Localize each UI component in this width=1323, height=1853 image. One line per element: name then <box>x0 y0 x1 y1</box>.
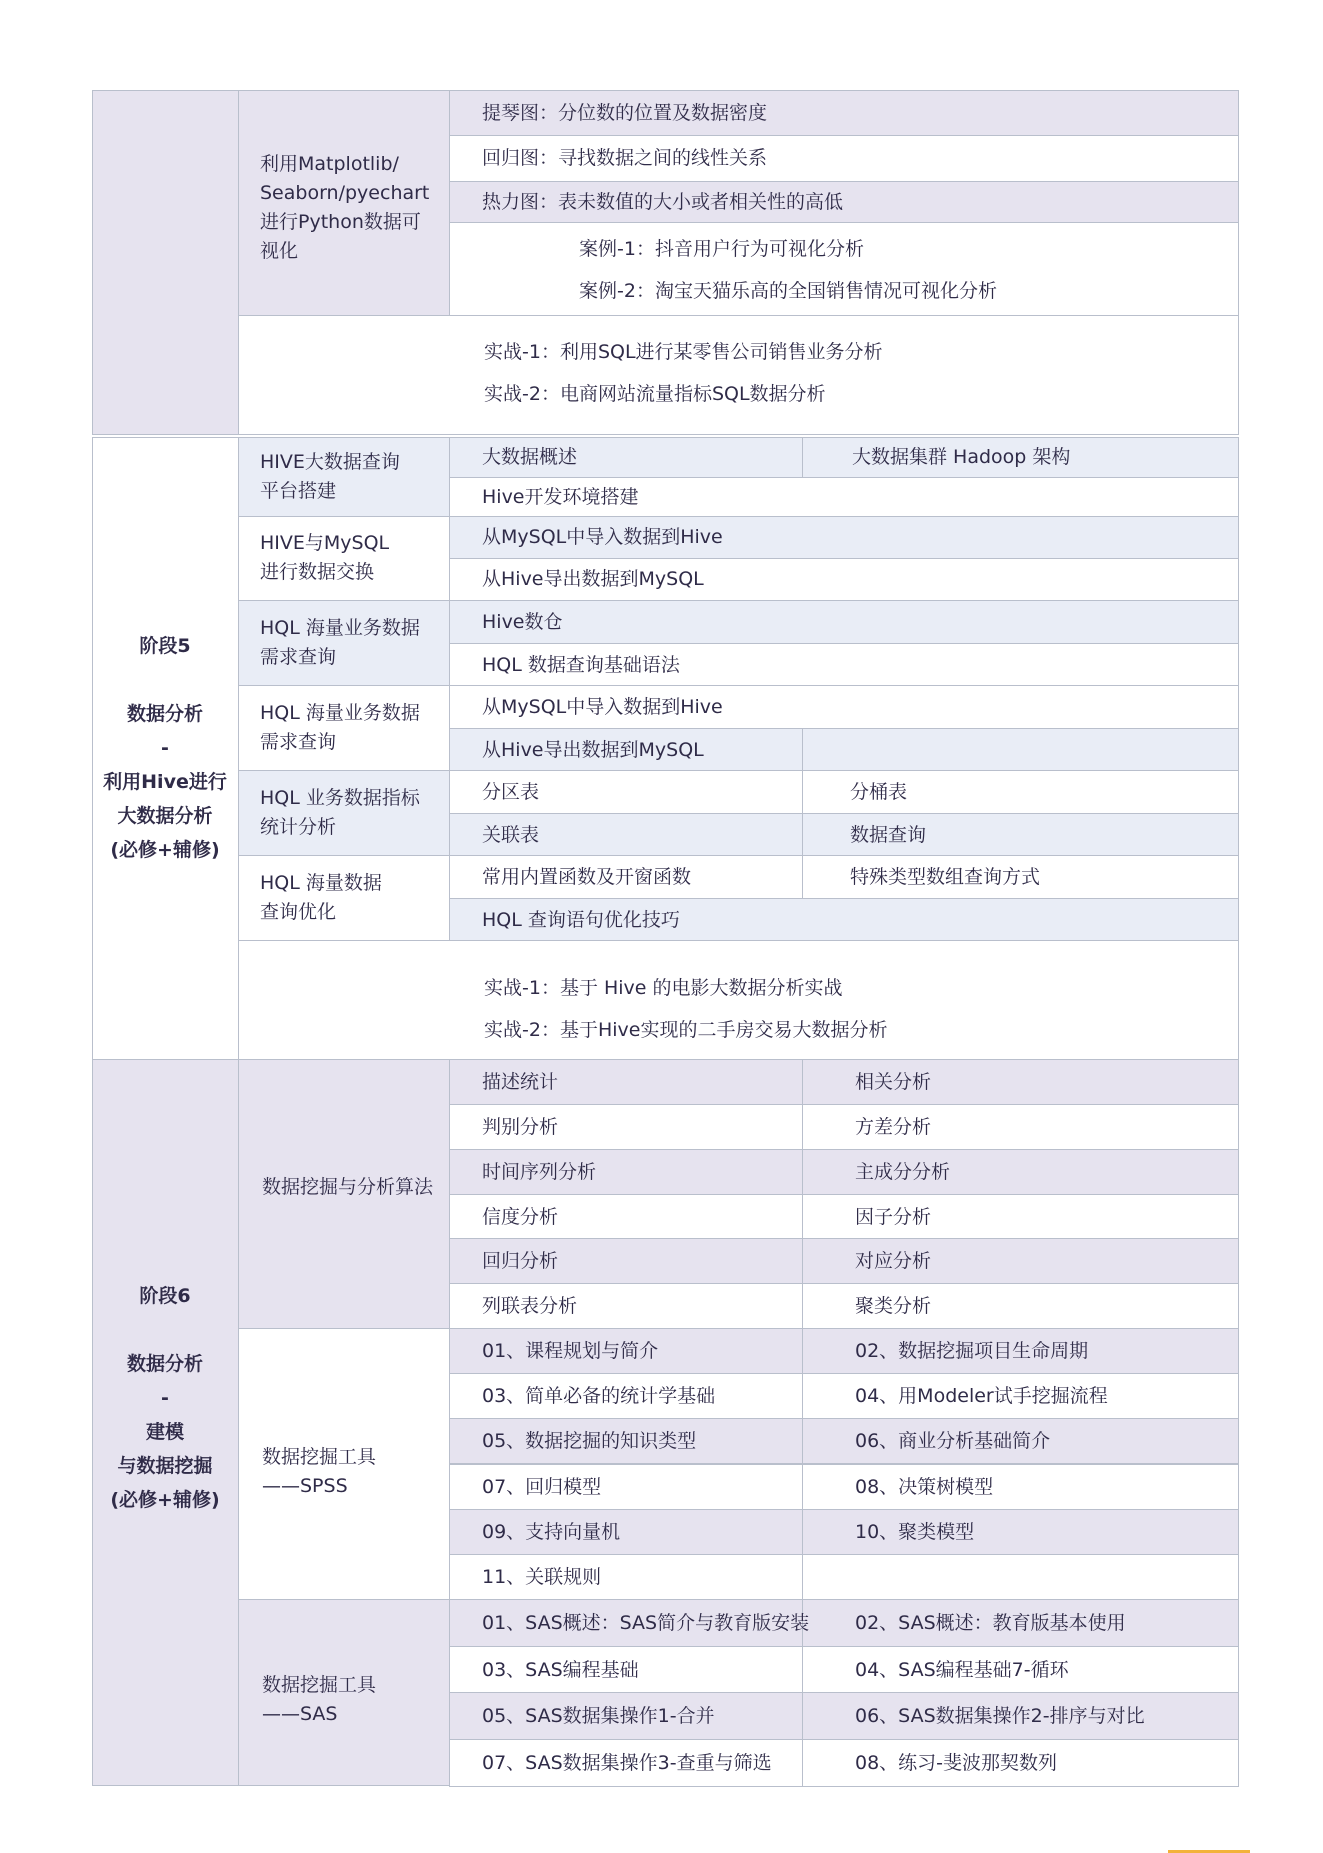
stage-label-line: 数据分析 <box>92 1347 238 1381</box>
content-item: 02、SAS概述：教育版基本使用 <box>855 1611 1126 1635</box>
content-item: 08、练习-斐波那契数列 <box>855 1751 1057 1775</box>
content-item: 关联表 <box>482 823 539 847</box>
content-item: 大数据概述 <box>482 445 577 469</box>
group-label: HIVE大数据查询 平台搭建 <box>260 448 400 506</box>
content-item: 06、商业分析基础简介 <box>855 1429 1050 1453</box>
content-item: 时间序列分析 <box>482 1160 596 1184</box>
content-item: 07、回归模型 <box>482 1475 601 1499</box>
content-item: 常用内置函数及开窗函数 <box>482 865 691 889</box>
stage-label-line: 利用Hive进行 <box>92 765 238 799</box>
content-item: 提琴图：分位数的位置及数据密度 <box>482 101 767 125</box>
stage-label-line: 建模 <box>92 1415 238 1449</box>
content-item: 11、关联规则 <box>482 1565 601 1589</box>
group-label: 利用Matplotlib/ Seaborn/pyechart 进行Python数… <box>260 150 429 266</box>
content-item: 相关分析 <box>855 1070 931 1094</box>
content-item: 回归图：寻找数据之间的线性关系 <box>482 146 767 170</box>
stage-label-line: - <box>92 1381 238 1415</box>
content-item: 01、课程规划与简介 <box>482 1339 658 1363</box>
content-item: 回归分析 <box>482 1249 558 1273</box>
content-item: 02、数据挖掘项目生命周期 <box>855 1339 1088 1363</box>
content-item: 判别分析 <box>482 1115 558 1139</box>
content-item: 07、SAS数据集操作3-查重与筛选 <box>482 1751 772 1775</box>
content-item: 03、简单必备的统计学基础 <box>482 1384 715 1408</box>
content-row <box>449 600 1239 644</box>
content-cell-right <box>802 1554 1239 1600</box>
group-label: HQL 业务数据指标 统计分析 <box>260 784 420 842</box>
content-item: 对应分析 <box>855 1249 931 1273</box>
practice-cell <box>238 315 1239 435</box>
content-item: 数据查询 <box>850 823 926 847</box>
content-item: 分桶表 <box>850 780 907 804</box>
group-label: HIVE与MySQL 进行数据交换 <box>260 529 389 587</box>
content-item: 09、支持向量机 <box>482 1520 620 1544</box>
content-item: 热力图：表未数值的大小或者相关性的高低 <box>482 190 843 214</box>
content-item: 分区表 <box>482 780 539 804</box>
group-label: HQL 海量业务数据 需求查询 <box>260 614 420 672</box>
stage-label-line: 阶段6 <box>92 1279 238 1313</box>
practice-item: 实战-2：电商网站流量指标SQL数据分析 <box>484 382 826 406</box>
content-item: 05、数据挖掘的知识类型 <box>482 1429 696 1453</box>
content-item: 04、用Modeler试手挖掘流程 <box>855 1384 1108 1408</box>
practice-item: 实战-1：利用SQL进行某零售公司销售业务分析 <box>484 340 883 364</box>
group-label: 数据挖掘与分析算法 <box>262 1173 433 1202</box>
content-item: Hive数仓 <box>482 610 563 634</box>
stage5-label: 阶段5 数据分析-利用Hive进行大数据分析(必修+辅修) <box>92 629 238 867</box>
case-item: 案例-1：抖音用户行为可视化分析 <box>579 237 864 261</box>
content-item: 从Hive导出数据到MySQL <box>482 738 704 762</box>
stage-label-line <box>92 1313 238 1347</box>
content-item: HQL 查询语句优化技巧 <box>482 908 680 932</box>
content-item: 06、SAS数据集操作2-排序与对比 <box>855 1704 1145 1728</box>
content-item: 10、聚类模型 <box>855 1520 974 1544</box>
practice-item: 实战-1：基于 Hive 的电影大数据分析实战 <box>484 976 843 1000</box>
group-label: HQL 海量数据 查询优化 <box>260 869 382 927</box>
content-item: HQL 数据查询基础语法 <box>482 653 680 677</box>
content-item: 大数据集群 Hadoop 架构 <box>852 445 1070 469</box>
group-label: 数据挖掘工具 ——SAS <box>262 1671 376 1729</box>
content-item: 特殊类型数组查询方式 <box>850 865 1040 889</box>
stage-label-line: - <box>92 731 238 765</box>
content-item: 03、SAS编程基础 <box>482 1658 639 1682</box>
content-item: 04、SAS编程基础7-循环 <box>855 1658 1069 1682</box>
content-item: 01、SAS概述：SAS简介与教育版安装 <box>482 1611 809 1635</box>
content-item: 因子分析 <box>855 1205 931 1229</box>
content-item: 05、SAS数据集操作1-合并 <box>482 1704 715 1728</box>
stage6-label: 阶段6 数据分析-建模与数据挖掘(必修+辅修) <box>92 1279 238 1517</box>
stage-label-line: (必修+辅修) <box>92 1483 238 1517</box>
content-item: 主成分分析 <box>855 1160 950 1184</box>
content-item: 08、决策树模型 <box>855 1475 993 1499</box>
stage-label-line <box>92 663 238 697</box>
stage-label-line: 大数据分析 <box>92 799 238 833</box>
stage-label-line: 数据分析 <box>92 697 238 731</box>
stage4-label-cell <box>92 90 239 435</box>
practice-cell <box>238 940 1239 1060</box>
content-item: 从MySQL中导入数据到Hive <box>482 525 723 549</box>
group-label: HQL 海量业务数据 需求查询 <box>260 699 420 757</box>
content-item: 描述统计 <box>482 1070 558 1094</box>
stage-label-line: 与数据挖掘 <box>92 1449 238 1483</box>
stage-label-line: 阶段5 <box>92 629 238 663</box>
practice-item: 实战-2：基于Hive实现的二手房交易大数据分析 <box>484 1018 887 1042</box>
content-cell-right <box>802 728 1239 772</box>
content-item: 方差分析 <box>855 1115 931 1139</box>
content-item: Hive开发环境搭建 <box>482 485 639 509</box>
content-item: 信度分析 <box>482 1205 558 1229</box>
stage-label-line: (必修+辅修) <box>92 833 238 867</box>
case-item: 案例-2：淘宝天猫乐高的全国销售情况可视化分析 <box>579 279 997 303</box>
content-item: 聚类分析 <box>855 1294 931 1318</box>
content-item: 列联表分析 <box>482 1294 577 1318</box>
content-item: 从MySQL中导入数据到Hive <box>482 695 723 719</box>
content-item: 从Hive导出数据到MySQL <box>482 567 704 591</box>
group-label: 数据挖掘工具 ——SPSS <box>262 1443 376 1501</box>
